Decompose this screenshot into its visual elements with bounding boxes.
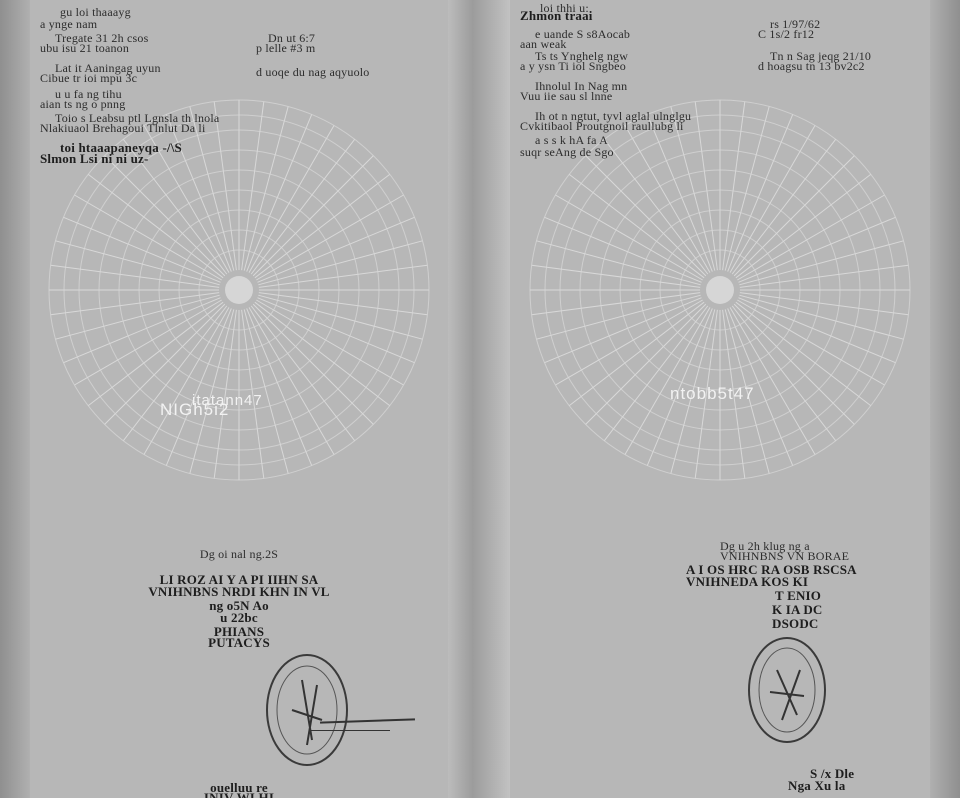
- signer-name: Nga Xu la: [788, 780, 845, 792]
- header-line: a y ysn Ti iol Sngbeo: [520, 60, 626, 72]
- header-line: Slmon Lsi ni ni uz-: [40, 153, 149, 165]
- footer-line: Dg oi nal ng.2S: [200, 548, 278, 560]
- footer-line: PUTACYS: [208, 637, 270, 649]
- header-line: Cibue tr ioi mpu 3c: [40, 72, 137, 84]
- left-background-edge: [0, 0, 30, 798]
- header-line: Vuu iie sau sl lnne: [520, 90, 612, 102]
- footer-line: DSODC: [772, 618, 819, 630]
- header-line: Zhmon traai: [520, 10, 593, 22]
- page-fold: [448, 0, 510, 798]
- footer-line: u 22bc: [220, 612, 258, 624]
- header-line: a ynge nam: [40, 18, 97, 30]
- signer-name: INIV WI HI: [204, 792, 274, 798]
- right-certificate-page: loi thhi u: Zhmon traai e uande S s8Aoca…: [510, 0, 930, 798]
- official-stamp-seal: [262, 650, 352, 770]
- right-column-line: C 1s/2 fr12: [758, 28, 814, 40]
- right-column-line: d hoagsu tn 13 bv2c2: [758, 60, 865, 72]
- left-certificate-page: gu loi thaaayg a ynge nam Tregate 31 2h …: [30, 0, 448, 798]
- header-line: Cvkitibaol Proutgnoil raullubg li: [520, 120, 684, 132]
- footer-line: VNIHNEDA KOS KI: [686, 576, 808, 588]
- header-line: suqr seAng de Sgo: [520, 146, 614, 158]
- header-line: Nlakiuaol Brehagoui Tlnlut Da li: [40, 122, 205, 134]
- footer-line: K IA DC: [772, 604, 823, 616]
- signature-stroke: [310, 730, 390, 731]
- right-column-line: p lelle #3 m: [256, 42, 315, 54]
- watermark-code: ntobb5t47: [670, 384, 755, 404]
- header-line: aian ts ng o pnng: [40, 98, 125, 110]
- footer-line: VNIHNBNS VN BORAE: [720, 550, 849, 562]
- footer-line: T ENIO: [775, 590, 821, 602]
- watermark-code-overlay: itatann47: [192, 392, 263, 409]
- right-column-line: d uoqe du nag aqyuolo: [256, 66, 370, 78]
- right-background-edge: [930, 0, 960, 798]
- header-line: ubu isu 21 toanon: [40, 42, 129, 54]
- footer-line: VNIHNBNS NRDI KHN IN VL: [148, 586, 329, 598]
- official-stamp-seal: [742, 630, 832, 750]
